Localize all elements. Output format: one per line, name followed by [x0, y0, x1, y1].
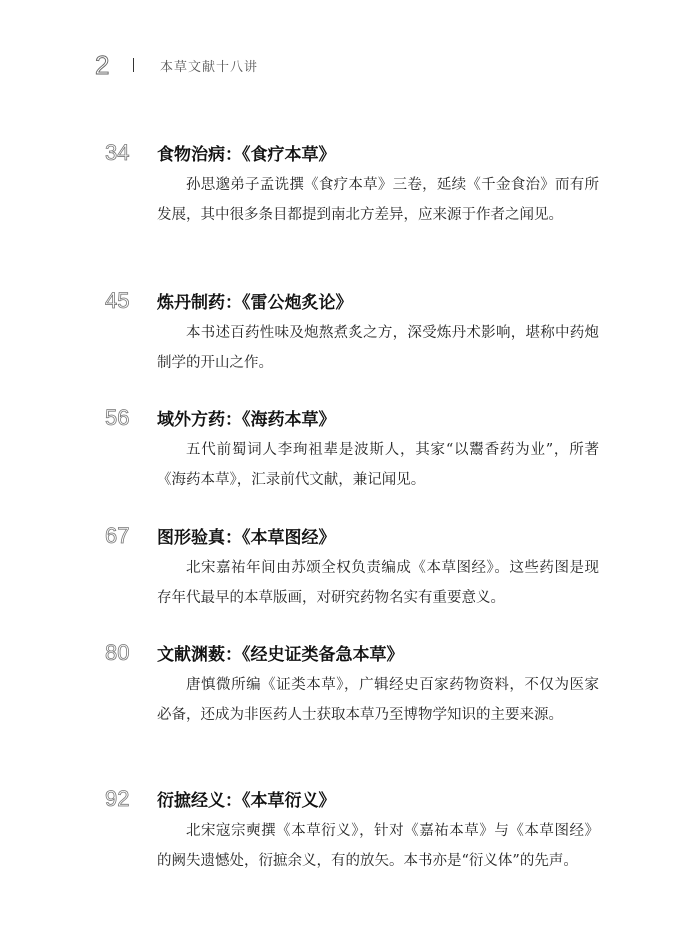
entry-summary: 北宋嘉祐年间由苏颂全权负责编成《本草图经》。这些药图是现存年代最早的本草版画，对… — [157, 553, 599, 613]
entry-title[interactable]: 衍摭经义：《本草衍义》 — [157, 786, 336, 811]
toc-entry[interactable]: 34 食物治病：《食疗本草》 孙思邈弟子孟诜撰《食疗本草》三卷，延续《千金食治》… — [105, 140, 605, 230]
entry-title[interactable]: 食物治病：《食疗本草》 — [157, 140, 336, 165]
entry-summary: 北宋寇宗奭撰《本草衍义》，针对《嘉祐本草》与《本草图经》的阙失遗憾处，衍摭余义，… — [157, 816, 599, 876]
toc-entry[interactable]: 56 域外方药：《海药本草》 五代前蜀词人李珣祖辈是波斯人，其家“以鬻香药为业”… — [105, 405, 605, 495]
book-title: 本草文献十八讲 — [160, 56, 258, 75]
entry-summary: 本书述百药性味及炮熬煮炙之方，深受炼丹术影响，堪称中药炮制学的开山之作。 — [157, 318, 599, 378]
entry-title[interactable]: 文献渊薮：《经史证类备急本草》 — [157, 640, 404, 665]
entry-page-number: 56 — [105, 405, 157, 431]
toc-entry[interactable]: 92 衍摭经义：《本草衍义》 北宋寇宗奭撰《本草衍义》，针对《嘉祐本草》与《本草… — [105, 786, 605, 876]
toc-entry[interactable]: 80 文献渊薮：《经史证类备急本草》 唐慎微所编《证类本草》，广辑经史百家药物资… — [105, 640, 605, 730]
entry-title[interactable]: 炼丹制药：《雷公炮炙论》 — [157, 288, 353, 313]
header-divider — [133, 58, 134, 72]
entry-page-number: 92 — [105, 786, 157, 812]
entry-page-number: 45 — [105, 288, 157, 314]
running-head: 2 本草文献十八讲 — [95, 52, 258, 78]
entry-page-number: 34 — [105, 140, 157, 166]
toc-entry[interactable]: 67 图形验真：《本草图经》 北宋嘉祐年间由苏颂全权负责编成《本草图经》。这些药… — [105, 523, 605, 613]
entry-page-number: 80 — [105, 640, 157, 666]
entry-summary: 五代前蜀词人李珣祖辈是波斯人，其家“以鬻香药为业”，所著《海药本草》，汇录前代文… — [157, 435, 599, 495]
entry-title[interactable]: 域外方药：《海药本草》 — [157, 405, 336, 430]
entry-title[interactable]: 图形验真：《本草图经》 — [157, 523, 336, 548]
entry-summary: 唐慎微所编《证类本草》，广辑经史百家药物资料，不仅为医家必备，还成为非医药人士获… — [157, 670, 599, 730]
page-number: 2 — [95, 52, 119, 78]
entry-page-number: 67 — [105, 523, 157, 549]
toc-entry[interactable]: 45 炼丹制药：《雷公炮炙论》 本书述百药性味及炮熬煮炙之方，深受炼丹术影响，堪… — [105, 288, 605, 378]
entry-summary: 孙思邈弟子孟诜撰《食疗本草》三卷，延续《千金食治》而有所发展，其中很多条目都提到… — [157, 170, 599, 230]
